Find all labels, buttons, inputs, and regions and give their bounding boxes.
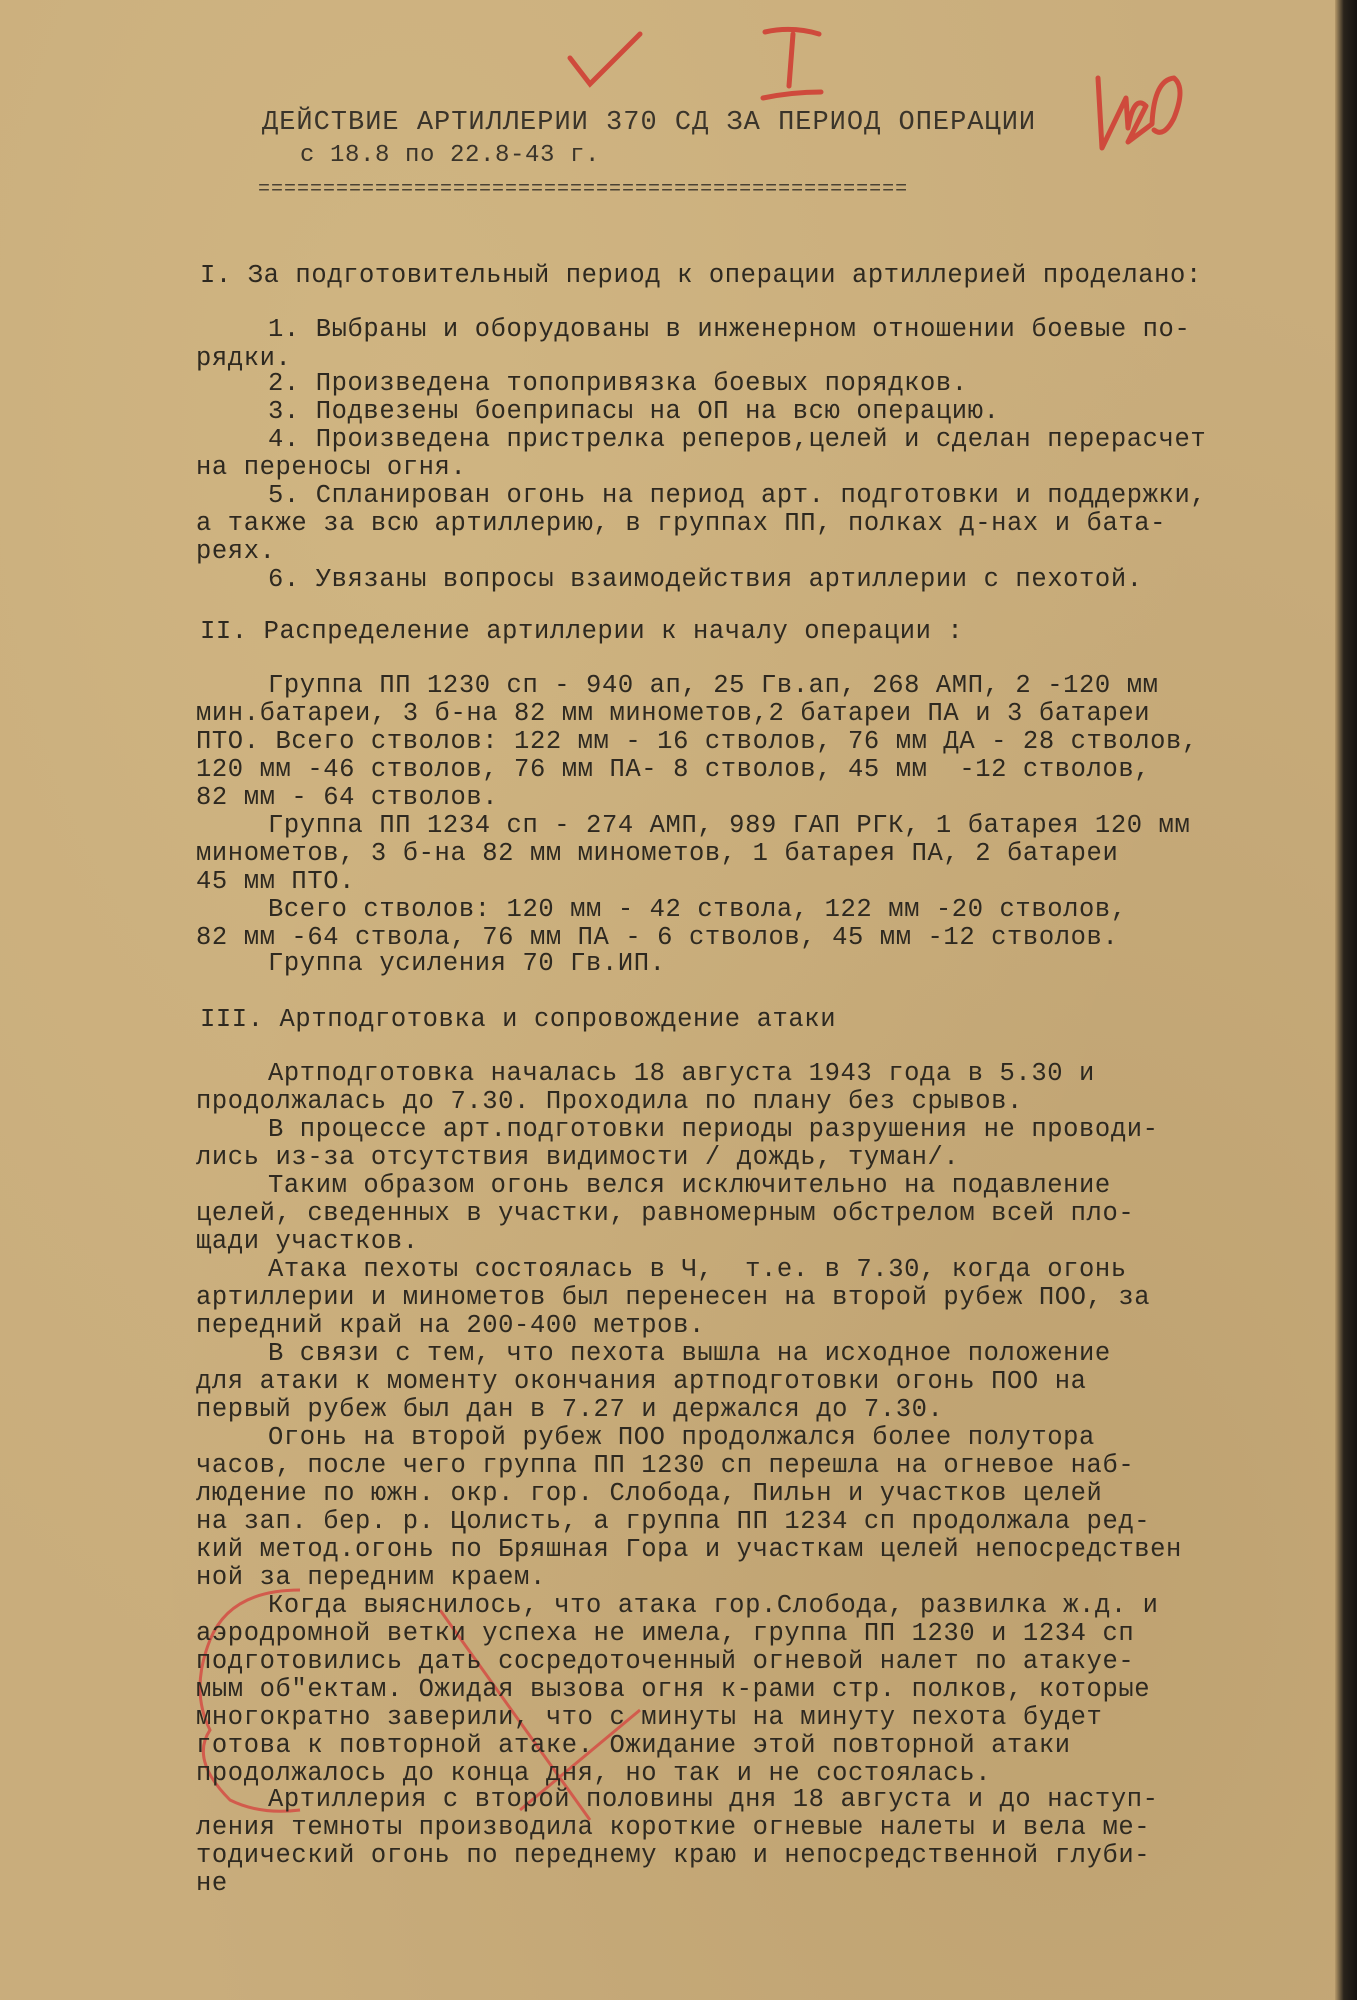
document-text-line: тодический огонь по переднему краю и неп… [196,1842,1150,1869]
document-text-line: кий метод.огонь по Бряшная Гора и участк… [196,1536,1182,1563]
document-text-line: III. Артподготовка и сопровождение атаки [200,1006,836,1033]
document-text-line: а также за всю артиллерию, в группах ПП,… [196,510,1166,537]
document-text-line: первый рубеж был дан в 7.27 и держался д… [196,1396,943,1423]
document-text-line: целей, сведенных в участки, равномерным … [196,1200,1134,1227]
red-roman-numeral-annotation [757,24,827,108]
document-text-line: продолжалось до конца дня, но так и не с… [196,1760,991,1787]
document-text-line: Огонь на второй рубеж ПОО продолжался бо… [268,1424,1095,1451]
document-text-line: Группа усиления 70 Гв.ИП. [268,950,666,977]
document-text-line: 6. Увязаны вопросы взаимодействия артилл… [268,566,1143,593]
document-text-line: Группа ПП 1230 сп - 940 ап, 25 Гв.ап, 26… [268,672,1159,699]
document-text-line: мым об"ектам. Ожидая вызова огня к-рами … [196,1676,1150,1703]
document-text-line: Таким образом огонь велся исключительно … [268,1172,1111,1199]
document-text-line: готова к повторной атаке. Ожидание этой … [196,1732,1071,1759]
document-text-line: 4. Произведена пристрелка реперов,целей … [268,426,1206,453]
document-text-line: В процессе арт.подготовки периоды разруш… [268,1116,1159,1143]
document-text-line: 120 мм -46 стволов, 76 мм ПА- 8 стволов,… [196,756,1150,783]
red-check-mark-annotation [566,28,646,92]
document-text-line: на зап. бер. р. Цолисть, а группа ПП 123… [196,1508,1150,1535]
document-text-line: Артиллерия с второй половины дня 18 авгу… [268,1786,1159,1813]
document-text-line: Всего стволов: 120 мм - 42 ствола, 122 м… [268,896,1127,923]
document-text-line: 45 мм ПТО. [196,868,355,895]
document-text-line: передний край на 200-400 метров. [196,1312,705,1339]
document-text-line: многократно заверили, что с минуты на ми… [196,1704,1102,1731]
document-text-line: не [196,1870,228,1897]
document-text-line: часов, после чего группа ПП 1230 сп пере… [196,1452,1134,1479]
document-text-line: реях. [196,538,276,565]
document-text-line: Когда выяснилось, что атака гор.Слобода,… [268,1592,1159,1619]
document-text-line: минометов, 3 б-на 82 мм минометов, 1 бат… [196,840,1118,867]
document-text-line: людение по южн. окр. гор. Слобода, Пильн… [196,1480,1102,1507]
document-text-line: подготовились дать сосредоточенный огнев… [196,1648,1134,1675]
document-date-range: с 18.8 по 22.8-43 г. [300,142,600,169]
document-text-line: продолжалась до 7.30. Проходила по плану… [196,1088,1023,1115]
document-text-line: 3. Подвезены боеприпасы на ОП на всю опе… [268,398,1000,425]
document-text-line: 1. Выбраны и оборудованы в инженерном от… [268,316,1190,343]
document-text-line: на переносы огня. [196,454,466,481]
document-text-line: артиллерии и минометов был перенесен на … [196,1284,1150,1311]
document-text-line: В связи с тем, что пехота вышла на исход… [268,1340,1111,1367]
document-text-line: Артподготовка началась 18 августа 1943 г… [268,1060,1095,1087]
document-text-line: Группа ПП 1234 сп - 274 АМП, 989 ГАП РГК… [268,812,1190,839]
document-text-line: ной за передним краем. [196,1564,546,1591]
document-text-line: мин.батареи, 3 б-на 82 мм минометов,2 ба… [196,700,1150,727]
document-title: ДЕЙСТВИЕ АРТИЛЛЕРИИ 370 СД ЗА ПЕРИОД ОПЕ… [262,110,1036,137]
document-text-line: рядки. [196,345,291,372]
document-text-line: 5. Спланирован огонь на период арт. подг… [268,482,1206,509]
document-text-line: I. За подготовительный период к операции… [200,262,1202,289]
document-text-line: ления темноты производила короткие огнев… [196,1814,1150,1841]
document-text-line: для атаки к моменту окончания артподгото… [196,1368,1087,1395]
document-text-line: ПТО. Всего стволов: 122 мм - 16 стволов,… [196,728,1198,755]
document-text-line: аэродромной ветки успеха не имела, групп… [196,1620,1134,1647]
document-text-line: лись из-за отсутствия видимости / дождь,… [196,1144,959,1171]
document-text-line: 2. Произведена топопривязка боевых поряд… [268,370,968,397]
title-underline-rule: ========================================… [258,176,908,203]
scan-edge-shadow [1335,0,1357,2000]
document-text-line: щади участков. [196,1228,419,1255]
document-text-line: 82 мм -64 ствола, 76 мм ПА - 6 стволов, … [196,924,1118,951]
document-text-line: Атака пехоты состоялась в Ч, т.е. в 7.30… [268,1256,1127,1283]
red-page-number-annotation [1088,68,1188,162]
document-text-line: 82 мм - 64 стволов. [196,784,498,811]
document-text-line: II. Распределение артиллерии к началу оп… [200,618,963,645]
document-page: ДЕЙСТВИЕ АРТИЛЛЕРИИ 370 СД ЗА ПЕРИОД ОПЕ… [0,0,1340,2000]
